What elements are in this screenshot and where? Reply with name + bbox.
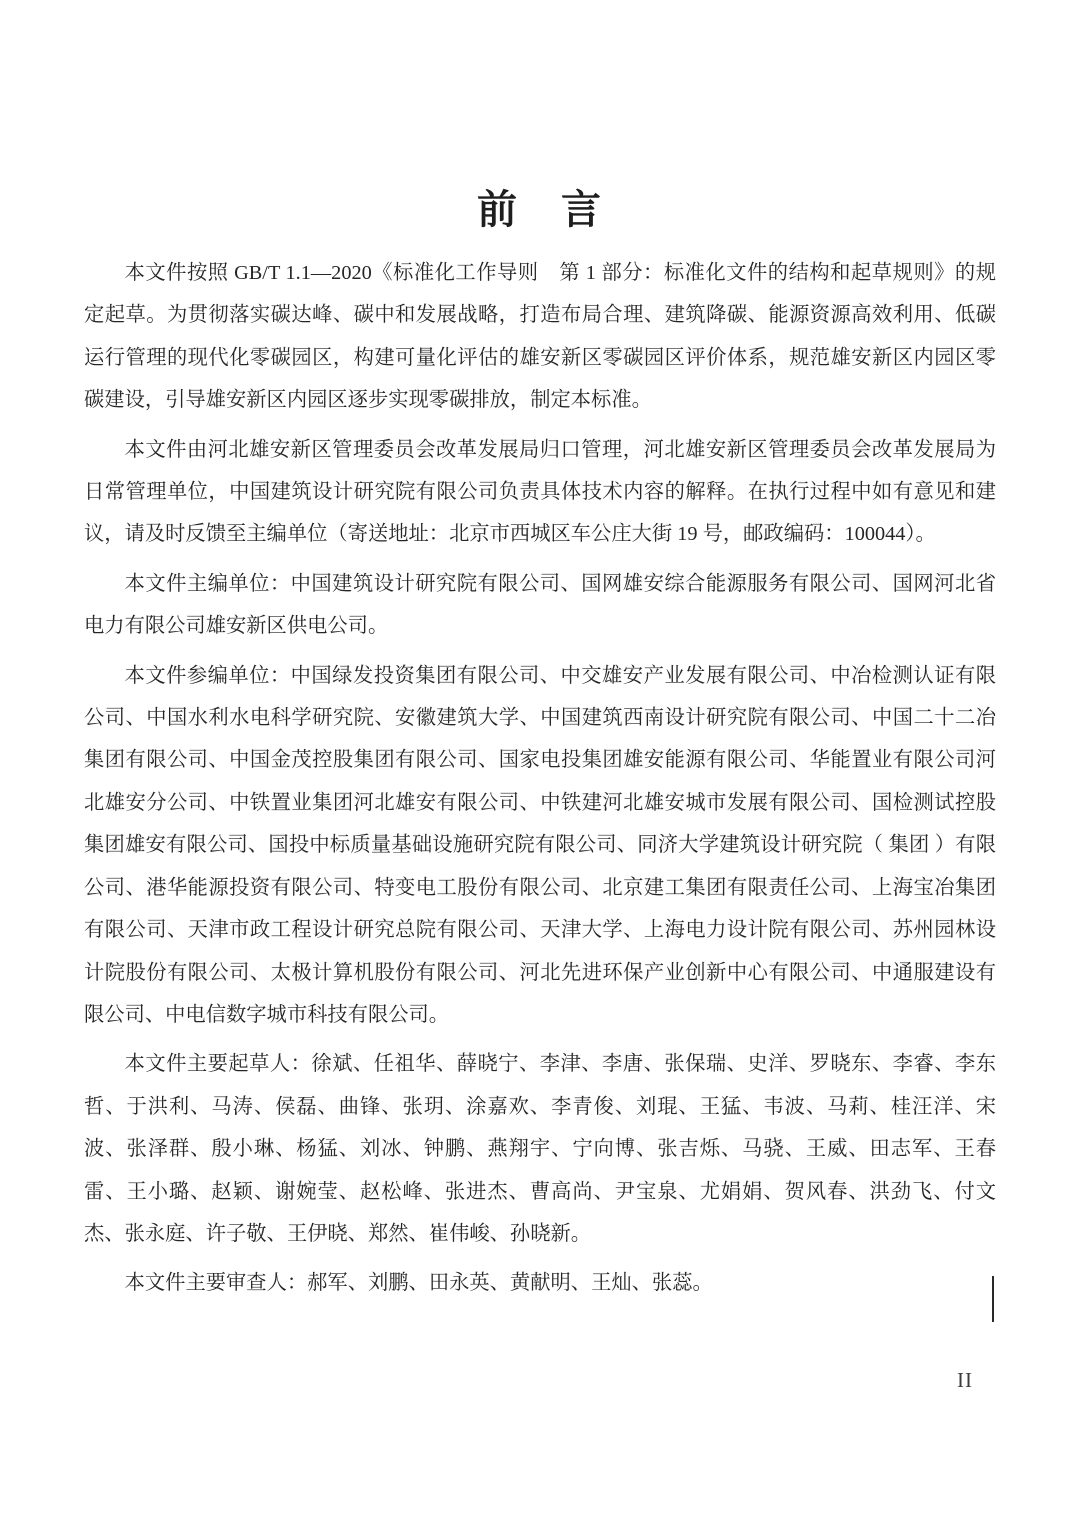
paragraph-main-reviewers: 本文件主要审查人：郝军、刘鹏、田永英、黄献明、王灿、张蕊。 bbox=[84, 1262, 996, 1304]
document-page: 前 言 本文件按照 GB/T 1.1—2020《标准化工作导则 第 1 部分：标… bbox=[0, 0, 1080, 1527]
paragraph-main-drafters: 本文件主要起草人：徐斌、任祖华、薛晓宁、李津、李唐、张保瑞、史洋、罗晓东、李睿、… bbox=[84, 1043, 996, 1255]
page-title: 前 言 bbox=[0, 178, 1080, 235]
paragraph-administration: 本文件由河北雄安新区管理委员会改革发展局归口管理，河北雄安新区管理委员会改革发展… bbox=[84, 429, 996, 556]
document-body: 本文件按照 GB/T 1.1—2020《标准化工作导则 第 1 部分：标准化文件… bbox=[84, 252, 996, 1312]
paragraph-chief-editors: 本文件主编单位：中国建筑设计研究院有限公司、国网雄安综合能源服务有限公司、国网河… bbox=[84, 563, 996, 648]
paragraph-scope-basis: 本文件按照 GB/T 1.1—2020《标准化工作导则 第 1 部分：标准化文件… bbox=[84, 252, 996, 422]
paragraph-participating-units: 本文件参编单位：中国绿发投资集团有限公司、中交雄安产业发展有限公司、中冶检测认证… bbox=[84, 655, 996, 1037]
page-number: II bbox=[957, 1368, 973, 1393]
revision-change-bar bbox=[992, 1276, 994, 1322]
